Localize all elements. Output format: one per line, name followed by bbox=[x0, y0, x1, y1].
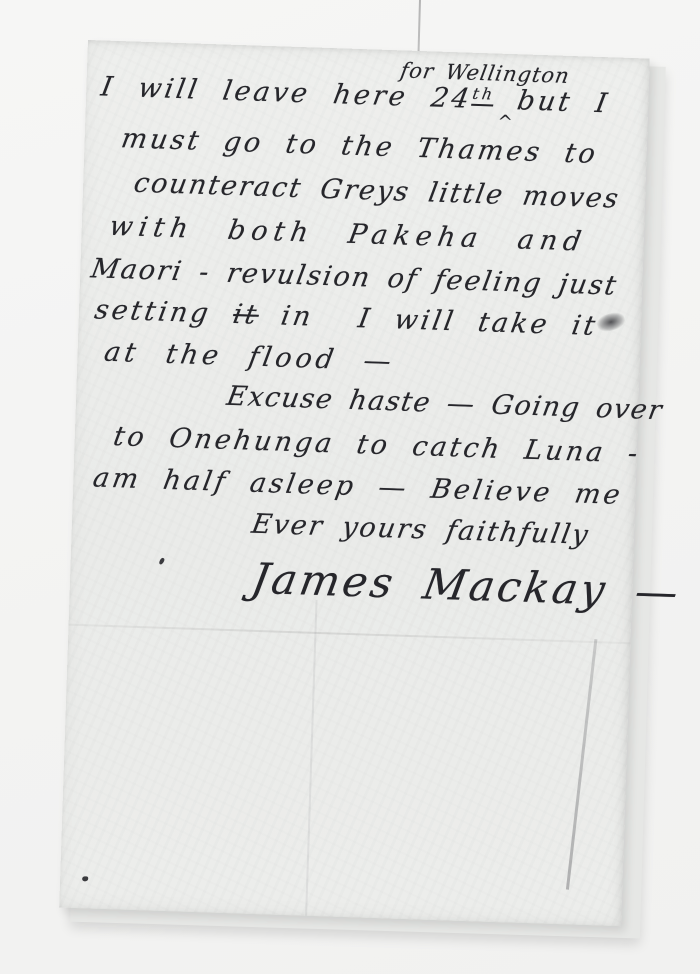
letter-line-9: to Onehunga to catch Luna - bbox=[111, 423, 642, 467]
letter-paper: for Wellington ^ I will leave here 24th … bbox=[59, 40, 649, 926]
right-edge-crease bbox=[566, 639, 598, 890]
horizontal-fold-crease bbox=[69, 624, 631, 645]
vertical-fold-crease bbox=[305, 600, 317, 916]
letter-line-4: with both Pakeha and bbox=[107, 213, 589, 256]
letter-line-3: counteract Greys little moves bbox=[132, 170, 622, 213]
insertion-caret: ^ bbox=[497, 114, 513, 132]
letter-line-8: Excuse haste — Going over bbox=[225, 383, 665, 424]
ink-speck bbox=[158, 557, 165, 565]
letter-signature: James Mackay — bbox=[249, 558, 685, 614]
scan-background: for Wellington ^ I will leave here 24th … bbox=[0, 0, 700, 974]
letter-line-7: at the flood — bbox=[102, 339, 397, 375]
letter-line-6: setting it in I will take it bbox=[93, 296, 600, 340]
ink-speck bbox=[82, 876, 88, 881]
letter-line-10: am half asleep — Believe me bbox=[91, 464, 625, 508]
letter-line-2: must go to the Thames to bbox=[119, 125, 600, 168]
letter-closing: Ever yours faithfully bbox=[250, 511, 592, 549]
letter-line-5: Maori - revulsion of feeling just bbox=[89, 255, 620, 299]
